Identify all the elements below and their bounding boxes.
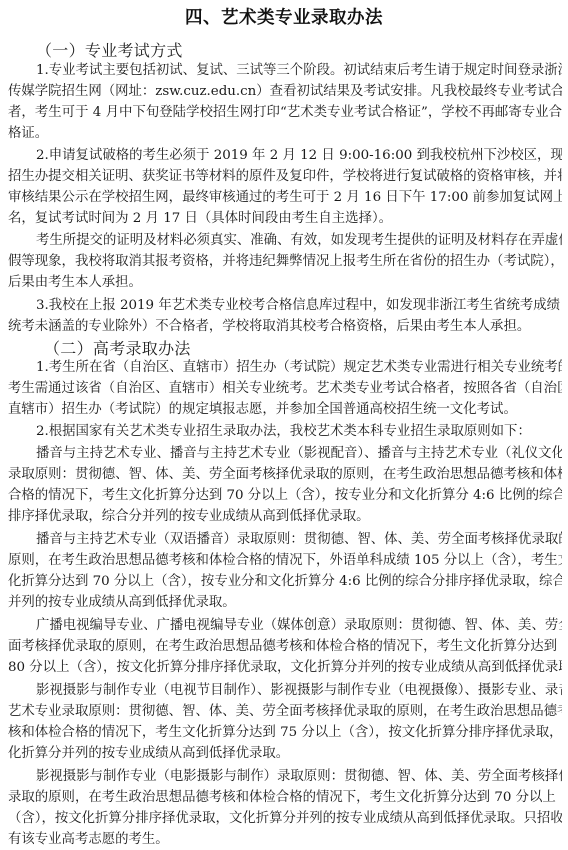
paragraph-line: 1.考生所在省（自治区、直辖市）招生办（考试院）规定艺术类专业需进行相关专业统考… [36,357,562,378]
paragraph-line: 并列的按专业成绩从高到低择优录取。 [8,592,562,613]
paragraph-line: 面考核择优录取的原则，在考生政治思想品德考核和体检合格的情况下，考生文化折算分达… [8,636,562,657]
paragraph-line: 后果由考生本人承担。 [8,272,562,293]
paragraph-line: 1.专业考试主要包括初试、复试、三试等三个阶段。初试结束后考生请于规定时间登录浙… [36,60,562,81]
paragraph-line: 播音与主持艺术专业、播音与主持艺术专业（影视配音）、播音与主持艺术专业（礼仪文化… [36,443,562,464]
paragraph-line: 3.我校在上报 2019 年艺术类专业校考合格信息库过程中，如发现非浙江考生省统… [36,295,562,316]
paragraph-line: 名，复试考试时间为 2 月 17 日（具体时间段由考生自主选择）。 [8,208,562,229]
paragraph-line: 核和体检合格的情况下，考生文化折算分达到 75 分以上（含），按文化折算分排序择… [8,722,562,743]
page-title: 四、艺术类专业录取办法 [0,4,568,29]
paragraph-line: 排序择优录取，综合分并列的按专业成绩从高到低择优录取。 [8,506,562,527]
section-heading-gaokao-admission: （二）高考录取办法 [44,336,191,359]
paragraph-line: 广播电视编导专业、广播电视编导专业（媒体创意）录取原则：贯彻德、智、体、美、劳全 [36,615,562,636]
paragraph-line: 考生所提交的证明及材料必须真实、准确、有效，如发现考生提供的证明及材料存在弄虚作 [36,230,562,251]
paragraph-line: 假等现象，我校将取消其报考资格，并将违纪舞弊情况上报考生所在省份的招生办（考试院… [8,251,562,272]
paragraph-line: 影视摄影与制作专业（电影摄影与制作）录取原则：贯彻德、智、体、美、劳全面考核择优 [36,766,562,787]
paragraph-line: 80 分以上（含），按文化折算分排序择优录取，文化折算分并列的按专业成绩从高到低… [8,657,562,678]
paragraph-line: 有该专业高考志愿的考生。 [8,829,562,850]
section-heading-professional-exam: （一）专业考试方式 [36,38,183,61]
paragraph-line: 化折算分并列的按专业成绩从高到低择优录取。 [8,743,562,764]
paragraph-line: 合格的情况下，考生文化折算分达到 70 分以上（含），按专业分和文化折算分 4:… [8,485,562,506]
paragraph-line: 直辖市）招生办（考试院）的规定填报志愿，并参加全国普通高校招生统一文化考试。 [8,399,562,420]
paragraph-line: 统考未涵盖的专业除外）不合格者，学校将取消其校考合格资格，后果由考生本人承担。 [8,316,562,337]
paragraph-line: 格证。 [8,123,562,144]
paragraph-line: 传媒学院招生网（网址：zsw.cuz.edu.cn）查看初试结果及考试安排。凡我… [8,81,562,102]
paragraph-line: 审核结果公示在学校招生网，最终审核通过的考生可于 2 月 16 日下午 17:0… [8,187,562,208]
paragraph-line: 2.申请复试破格的考生必须于 2019 年 2 月 12 日 9:00-16:0… [36,145,562,166]
paragraph-line: （含），按文化折算分排序择优录取，文化折算分并列的按专业成绩从高到低择优录取。只… [8,808,562,829]
paragraph-line: 考生需通过该省（自治区、直辖市）相关专业统考。艺术类专业考试合格者，按照各省（自… [8,378,562,399]
paragraph-line: 2.根据国家有关艺术类专业招生录取办法，我校艺术类本科专业招生录取原则如下： [36,421,562,442]
paragraph-line: 者，考生可于 4 月中下旬登陆学校招生网打印“艺术类专业考试合格证”，学校不再邮… [8,102,562,123]
paragraph-line: 录取原则：贯彻德、智、体、美、劳全面考核择优录取的原则，在考生政治思想品德考核和… [8,464,562,485]
paragraph-line: 播音与主持艺术专业（双语播音）录取原则：贯彻德、智、体、美、劳全面考核择优录取的 [36,529,562,550]
paragraph-line: 招生办提交相关证明、获奖证书等材料的原件及复印件，学校将进行复试破格的资格审核，… [8,166,562,187]
paragraph-line: 化折算分达到 70 分以上（含），按专业分和文化折算分 4:6 比例的综合分排序… [8,571,562,592]
paragraph-line: 录取的原则，在考生政治思想品德考核和体检合格的情况下，考生文化折算分达到 70 … [8,787,562,808]
paragraph-line: 艺术专业录取原则：贯彻德、智、体、美、劳全面考核择优录取的原则，在考生政治思想品… [8,701,562,722]
paragraph-line: 原则，在考生政治思想品德考核和体检合格的情况下，外语单科成绩 105 分以上（含… [8,550,562,571]
paragraph-line: 影视摄影与制作专业（电视节目制作）、影视摄影与制作专业（电视摄像）、摄影专业、录… [36,680,562,701]
